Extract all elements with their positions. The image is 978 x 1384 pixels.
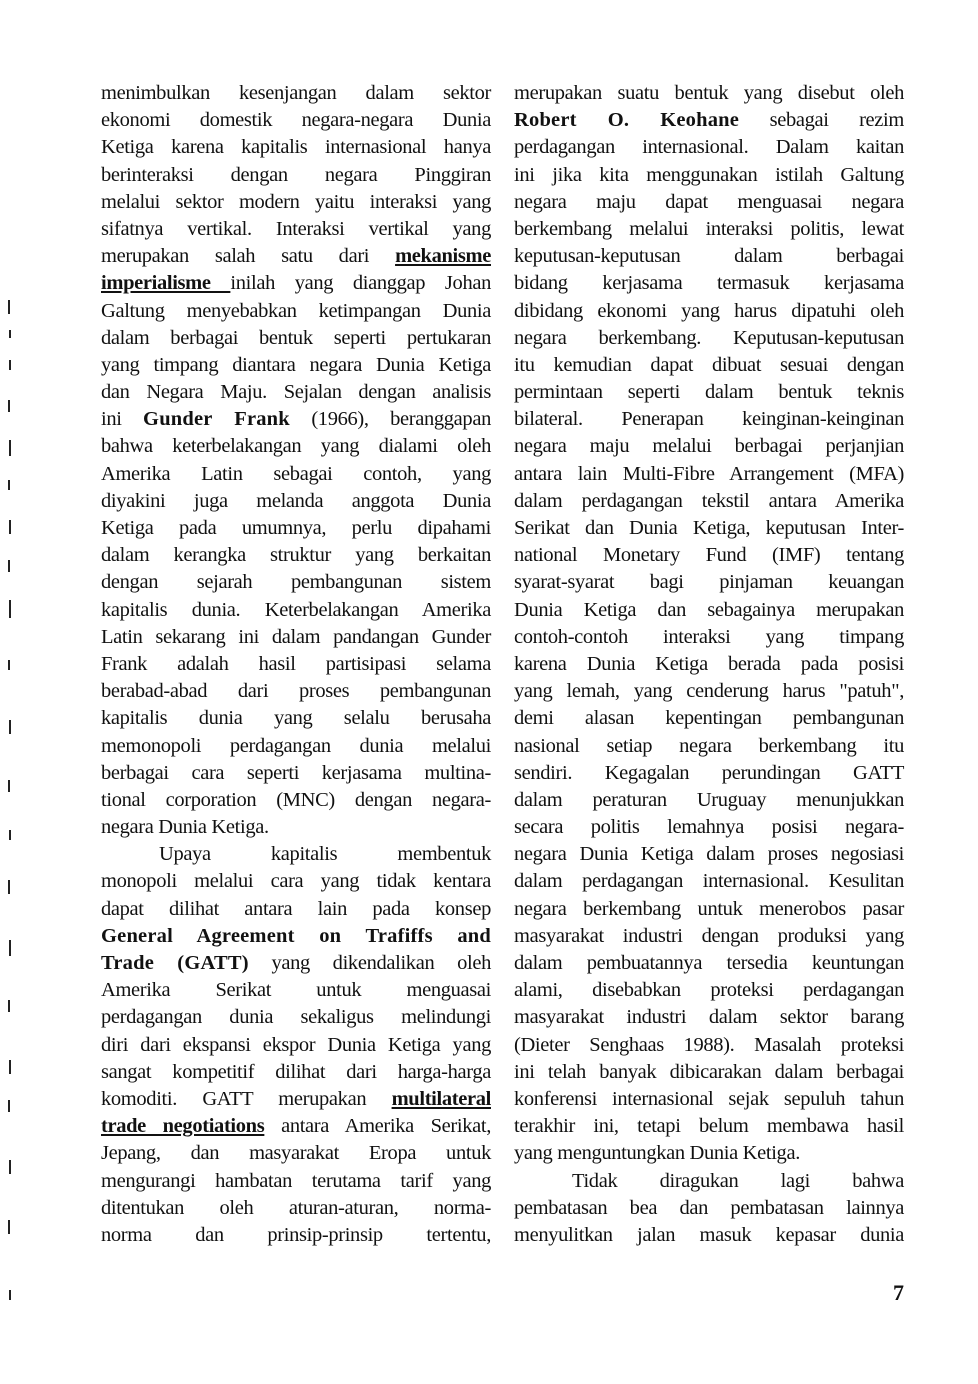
text-segment: berbagai cara seperti kerjasama multina- <box>101 762 491 784</box>
text-line: berabad-abad dari proses pembangunan <box>101 678 491 705</box>
scan-speck <box>8 480 10 490</box>
text-segment: Galtung menyebabkan ketimpangan Dunia <box>101 300 491 322</box>
text-segment: keputusan-keputusan dalam berbagai <box>514 245 904 267</box>
text-segment: perdagangan dunia sekaligus melindungi <box>101 1006 491 1028</box>
text-line: negara berkembang untuk menerobos pasar <box>514 896 904 923</box>
text-line: dalam perdagangan tekstil antara Amerika <box>514 488 904 515</box>
text-segment: ini telah banyak dibicarakan dalam berba… <box>514 1061 904 1083</box>
text-line: bahwa keterbelakangan yang dialami oleh <box>101 433 491 460</box>
text-segment: dapat dilihat antara lain pada konsep <box>101 898 491 920</box>
text-line: antara lain Multi-Fibre Arrangement (MFA… <box>514 461 904 488</box>
text-segment: pembatasan bea dan pembatasan lainnya <box>514 1197 904 1219</box>
text-segment: merupakan salah satu dari <box>101 245 395 267</box>
bold-term: Trade (GATT) <box>101 952 249 974</box>
text-line: mengurangi hambatan terutama tarif yang <box>101 1168 491 1195</box>
text-line: menimbulkan kesenjangan dalam sektor <box>101 80 491 107</box>
text-segment: ditentukan oleh aturan-aturan, norma- <box>101 1197 491 1219</box>
text-line: norma dan prinsip-prinsip tertentu, <box>101 1222 491 1249</box>
text-segment: yang menguntungkan Dunia Ketiga. <box>514 1142 800 1164</box>
text-line: negara maju melalui berbagai perjanjian <box>514 433 904 460</box>
scanned-book-page: menimbulkan kesenjangan dalam sektorekon… <box>0 0 978 1384</box>
text-segment: sangat kompetitif dilihat dari harga-har… <box>101 1061 491 1083</box>
text-segment: permintaan seperti dalam bentuk teknis <box>514 381 904 403</box>
text-line: masyarakat industri dengan produksi yang <box>514 923 904 950</box>
text-line: Amerika Latin sebagai contoh, yang <box>101 461 491 488</box>
text-line: demi alasan kepentingan pembangunan <box>514 705 904 732</box>
text-segment: nasional setiap negara berkembang itu <box>514 735 904 757</box>
text-line: dalam pembuatannya tersedia keuntungan <box>514 950 904 977</box>
text-segment: konferensi internasional sejak sepuluh t… <box>514 1088 904 1110</box>
text-segment: negara maju melalui berbagai perjanjian <box>514 435 904 457</box>
text-line: sifatnya vertikal. Interaksi vertikal ya… <box>101 216 491 243</box>
text-segment: karena Dunia Ketiga berada pada posisi <box>514 653 904 675</box>
text-line: perdagangan internasional. Dalam kaitan <box>514 134 904 161</box>
text-segment: (1966), beranggapan <box>290 408 491 430</box>
text-segment: negara maju dapat menguasai negara <box>514 191 904 213</box>
text-line: dalam berbagai bentuk seperti pertukaran <box>101 325 491 352</box>
text-segment: dalam peraturan Uruguay menunjukkan <box>514 789 904 811</box>
text-line: Ketiga pada umumnya, perlu dipahami <box>101 515 491 542</box>
text-line: perdagangan dunia sekaligus melindungi <box>101 1004 491 1031</box>
text-line: ini telah banyak dibicarakan dalam berba… <box>514 1059 904 1086</box>
text-line: secara politis lemahnya posisi negara- <box>514 814 904 841</box>
scan-artifacts <box>0 0 20 1384</box>
text-line: Frank adalah hasil partisipasi selama <box>101 651 491 678</box>
text-line: melalui sektor modern yaitu interaksi ya… <box>101 189 491 216</box>
text-segment: diri dari ekspansi ekspor Dunia Ketiga y… <box>101 1034 491 1056</box>
text-line: berbagai cara seperti kerjasama multina- <box>101 760 491 787</box>
underlined-term: multilateral <box>392 1088 491 1110</box>
scan-speck <box>9 440 11 456</box>
scan-speck <box>8 660 10 670</box>
text-segment: berkembang melalui interaksi politis, le… <box>514 218 904 240</box>
text-segment: antara lain Multi-Fibre Arrangement (MFA… <box>514 463 904 485</box>
text-segment: ini jika kita menggunakan istilah Galtun… <box>514 164 904 186</box>
text-line: monopoli melalui cara yang tidak kentara <box>101 868 491 895</box>
text-line: negara Dunia Ketiga. <box>101 814 491 841</box>
text-line: bidang kerjasama termasuk kerjasama <box>514 270 904 297</box>
scan-speck <box>9 520 11 534</box>
text-line: Dunia Ketiga dan sebagainya merupakan <box>514 597 904 624</box>
text-line: Trade (GATT) yang dikendalikan oleh <box>101 950 491 977</box>
text-segment: yang lemah, yang cenderung harus "patuh"… <box>514 680 904 702</box>
text-line: Latin sekarang ini dalam pandangan Gunde… <box>101 624 491 651</box>
text-segment: Ketiga karena kapitalis internasional ha… <box>101 136 491 158</box>
text-segment: sebagai rezim <box>739 109 904 131</box>
text-line: dalam perdagangan internasional. Kesulit… <box>514 868 904 895</box>
text-segment: demi alasan kepentingan pembangunan <box>514 707 904 729</box>
text-line: contoh-contoh interaksi yang timpang <box>514 624 904 651</box>
text-segment: antara Amerika Serikat, <box>264 1115 491 1137</box>
text-segment: Latin sekarang ini dalam pandangan Gunde… <box>101 626 491 648</box>
text-segment: kapitalis dunia. Keterbelakangan Amerika <box>101 599 491 621</box>
text-segment: melalui sektor modern yaitu interaksi ya… <box>101 191 491 213</box>
text-line: merupakan salah satu dari mekanisme <box>101 243 491 270</box>
text-segment: sendiri. Kegagalan perundingan GATT <box>514 762 904 784</box>
scan-speck <box>9 1290 11 1300</box>
text-line: merupakan suatu bentuk yang disebut oleh <box>514 80 904 107</box>
text-segment: Tidak diragukan lagi bahwa <box>572 1170 904 1192</box>
text-line: dalam peraturan Uruguay menunjukkan <box>514 787 904 814</box>
underlined-term: trade negotiations <box>101 1115 264 1137</box>
text-segment: memonopoli perdagangan dunia melalui <box>101 735 491 757</box>
text-segment: merupakan suatu bentuk yang disebut oleh <box>514 82 904 104</box>
text-segment: berinteraksi dengan negara Pinggiran <box>101 164 491 186</box>
text-line: pembatasan bea dan pembatasan lainnya <box>514 1195 904 1222</box>
scan-speck <box>9 600 11 618</box>
text-line: menyulitkan jalan masuk kepasar dunia <box>514 1222 904 1249</box>
text-line: karena Dunia Ketiga berada pada posisi <box>514 651 904 678</box>
text-segment: Amerika Latin sebagai contoh, yang <box>101 463 491 485</box>
text-segment: national Monetary Fund (IMF) tentang <box>514 544 904 566</box>
text-line: ini Gunder Frank (1966), beranggapan <box>101 406 491 433</box>
text-line: imperialisme inilah yang dianggap Johan <box>101 270 491 297</box>
text-line: dan Negara Maju. Sejalan dengan analisis <box>101 379 491 406</box>
scan-speck <box>8 1100 10 1112</box>
scan-speck <box>9 830 11 840</box>
text-segment: mengurangi hambatan terutama tarif yang <box>101 1170 491 1192</box>
text-line: terakhir ini, tetapi belum membawa hasil <box>514 1113 904 1140</box>
text-segment: perdagangan internasional. Dalam kaitan <box>514 136 904 158</box>
text-segment: dan Negara Maju. Sejalan dengan analisis <box>101 381 491 403</box>
text-line: Robert O. Keohane sebagai rezim <box>514 107 904 134</box>
text-segment: norma dan prinsip-prinsip tertentu, <box>101 1224 491 1246</box>
text-line: negara maju dapat menguasai negara <box>514 189 904 216</box>
scan-speck <box>8 780 10 792</box>
text-segment: kapitalis dunia yang selalu berusaha <box>101 707 491 729</box>
text-segment: ekonomi domestik negara-negara Dunia <box>101 109 491 131</box>
text-line: keputusan-keputusan dalam berbagai <box>514 243 904 270</box>
text-line: dibidang ekonomi yang harus dipatuhi ole… <box>514 298 904 325</box>
text-line: Amerika Serikat untuk menguasai <box>101 977 491 1004</box>
text-segment: ini <box>101 408 143 430</box>
scan-speck <box>8 1000 10 1012</box>
text-segment: dalam pembuatannya tersedia keuntungan <box>514 952 904 974</box>
text-line: negara Dunia Ketiga dalam proses negosia… <box>514 841 904 868</box>
scan-speck <box>9 1060 11 1074</box>
text-segment: dalam kerangka struktur yang berkaitan <box>101 544 491 566</box>
text-line: dengan sejarah pembangunan sistem <box>101 569 491 596</box>
scan-speck <box>8 400 10 412</box>
underlined-term: imperialisme <box>101 272 230 294</box>
bold-term: Robert O. Keohane <box>514 109 739 131</box>
text-segment: itu kemudian dapat dibuat sesuai dengan <box>514 354 904 376</box>
text-segment: sifatnya vertikal. Interaksi vertikal ya… <box>101 218 491 240</box>
text-segment: dalam perdagangan tekstil antara Amerika <box>514 490 904 512</box>
text-segment: negara Dunia Ketiga dalam proses negosia… <box>514 843 904 865</box>
scan-speck <box>8 300 10 314</box>
text-segment: berabad-abad dari proses pembangunan <box>101 680 491 702</box>
text-line: permintaan seperti dalam bentuk teknis <box>514 379 904 406</box>
scan-speck <box>9 330 11 338</box>
text-line: diri dari ekspansi ekspor Dunia Ketiga y… <box>101 1032 491 1059</box>
text-segment: Jepang, dan masyarakat Eropa untuk <box>101 1142 491 1164</box>
text-line: konferensi internasional sejak sepuluh t… <box>514 1086 904 1113</box>
right-text-column: merupakan suatu bentuk yang disebut oleh… <box>514 80 904 1249</box>
text-segment: negara Dunia Ketiga. <box>101 816 269 838</box>
page-number: 7 <box>893 1280 904 1306</box>
text-segment: Amerika Serikat untuk menguasai <box>101 979 491 1001</box>
text-line: masyarakat industri dalam sektor barang <box>514 1004 904 1031</box>
text-segment: bidang kerjasama termasuk kerjasama <box>514 272 904 294</box>
text-line: Tidak diragukan lagi bahwa <box>514 1168 904 1195</box>
text-segment: tional corporation (MNC) dengan negara- <box>101 789 491 811</box>
text-segment: yang dikendalikan oleh <box>249 952 491 974</box>
text-segment: negara berkembang untuk menerobos pasar <box>514 898 904 920</box>
scan-speck <box>9 1160 11 1174</box>
text-line: dapat dilihat antara lain pada konsep <box>101 896 491 923</box>
left-text-column: menimbulkan kesenjangan dalam sektorekon… <box>101 80 491 1249</box>
text-line: Jepang, dan masyarakat Eropa untuk <box>101 1140 491 1167</box>
text-line: memonopoli perdagangan dunia melalui <box>101 733 491 760</box>
text-line: kapitalis dunia yang selalu berusaha <box>101 705 491 732</box>
text-segment: dibidang ekonomi yang harus dipatuhi ole… <box>514 300 904 322</box>
scan-speck <box>8 560 10 572</box>
text-line: (Dieter Senghaas 1988). Masalah proteksi <box>514 1032 904 1059</box>
text-segment: yang timpang diantara negara Dunia Ketig… <box>101 354 491 376</box>
text-segment: Frank adalah hasil partisipasi selama <box>101 653 491 675</box>
text-line: tional corporation (MNC) dengan negara- <box>101 787 491 814</box>
text-line: diyakini juga melanda anggota Dunia <box>101 488 491 515</box>
text-line: negara berkembang. Keputusan-keputusan <box>514 325 904 352</box>
text-line: alami, disebabkan proteksi perdagangan <box>514 977 904 1004</box>
scan-speck <box>9 940 11 956</box>
text-line: berkembang melalui interaksi politis, le… <box>514 216 904 243</box>
underlined-term: mekanisme <box>395 245 491 267</box>
text-line: General Agreement on Trafiffs and <box>101 923 491 950</box>
text-line: Serikat dan Dunia Ketiga, keputusan Inte… <box>514 515 904 542</box>
text-segment: alami, disebabkan proteksi perdagangan <box>514 979 904 1001</box>
text-segment: masyarakat industri dengan produksi yang <box>514 925 904 947</box>
text-segment: Dunia Ketiga dan sebagainya merupakan <box>514 599 904 621</box>
text-line: dalam kerangka struktur yang berkaitan <box>101 542 491 569</box>
text-segment: masyarakat industri dalam sektor barang <box>514 1006 904 1028</box>
bold-term: Gunder Frank <box>143 408 290 430</box>
text-line: national Monetary Fund (IMF) tentang <box>514 542 904 569</box>
text-line: bilateral. Penerapan keinginan-keinginan <box>514 406 904 433</box>
text-segment: menimbulkan kesenjangan dalam sektor <box>101 82 491 104</box>
text-segment: inilah yang dianggap Johan <box>230 272 491 294</box>
text-segment: Upaya kapitalis membentuk <box>159 843 491 865</box>
text-segment: secara politis lemahnya posisi negara- <box>514 816 904 838</box>
text-line: itu kemudian dapat dibuat sesuai dengan <box>514 352 904 379</box>
text-segment: negara berkembang. Keputusan-keputusan <box>514 327 904 349</box>
text-line: komoditi. GATT merupakan multilateral <box>101 1086 491 1113</box>
text-segment: syarat-syarat bagi pinjaman keuangan <box>514 571 904 593</box>
text-segment: (Dieter Senghaas 1988). Masalah proteksi <box>514 1034 904 1056</box>
text-line: ditentukan oleh aturan-aturan, norma- <box>101 1195 491 1222</box>
text-segment: dengan sejarah pembangunan sistem <box>101 571 491 593</box>
text-line: yang timpang diantara negara Dunia Ketig… <box>101 352 491 379</box>
text-line: Galtung menyebabkan ketimpangan Dunia <box>101 298 491 325</box>
text-line: syarat-syarat bagi pinjaman keuangan <box>514 569 904 596</box>
text-line: sendiri. Kegagalan perundingan GATT <box>514 760 904 787</box>
text-segment: bilateral. Penerapan keinginan-keinginan <box>514 408 904 430</box>
text-line: sangat kompetitif dilihat dari harga-har… <box>101 1059 491 1086</box>
text-line: Ketiga karena kapitalis internasional ha… <box>101 134 491 161</box>
text-line: nasional setiap negara berkembang itu <box>514 733 904 760</box>
text-segment: monopoli melalui cara yang tidak kentara <box>101 870 491 892</box>
text-line: yang lemah, yang cenderung harus "patuh"… <box>514 678 904 705</box>
bold-term: General Agreement on Trafiffs and <box>101 925 491 947</box>
text-segment: terakhir ini, tetapi belum membawa hasil <box>514 1115 904 1137</box>
scan-speck <box>8 880 10 894</box>
text-line: ini jika kita menggunakan istilah Galtun… <box>514 162 904 189</box>
text-segment: Ketiga pada umumnya, perlu dipahami <box>101 517 491 539</box>
text-segment: dalam perdagangan internasional. Kesulit… <box>514 870 904 892</box>
text-line: ekonomi domestik negara-negara Dunia <box>101 107 491 134</box>
text-segment: diyakini juga melanda anggota Dunia <box>101 490 491 512</box>
text-segment: bahwa keterbelakangan yang dialami oleh <box>101 435 491 457</box>
text-segment: komoditi. GATT merupakan <box>101 1088 392 1110</box>
scan-speck <box>8 1220 10 1234</box>
text-line: kapitalis dunia. Keterbelakangan Amerika <box>101 597 491 624</box>
text-line: Upaya kapitalis membentuk <box>101 841 491 868</box>
scan-speck <box>9 360 11 370</box>
text-segment: Serikat dan Dunia Ketiga, keputusan Inte… <box>514 517 904 539</box>
text-segment: contoh-contoh interaksi yang timpang <box>514 626 904 648</box>
text-segment: dalam berbagai bentuk seperti pertukaran <box>101 327 491 349</box>
text-segment: menyulitkan jalan masuk kepasar dunia <box>514 1224 904 1246</box>
text-line: trade negotiations antara Amerika Serika… <box>101 1113 491 1140</box>
scan-speck <box>9 720 11 734</box>
text-line: yang menguntungkan Dunia Ketiga. <box>514 1140 904 1167</box>
text-line: berinteraksi dengan negara Pinggiran <box>101 162 491 189</box>
